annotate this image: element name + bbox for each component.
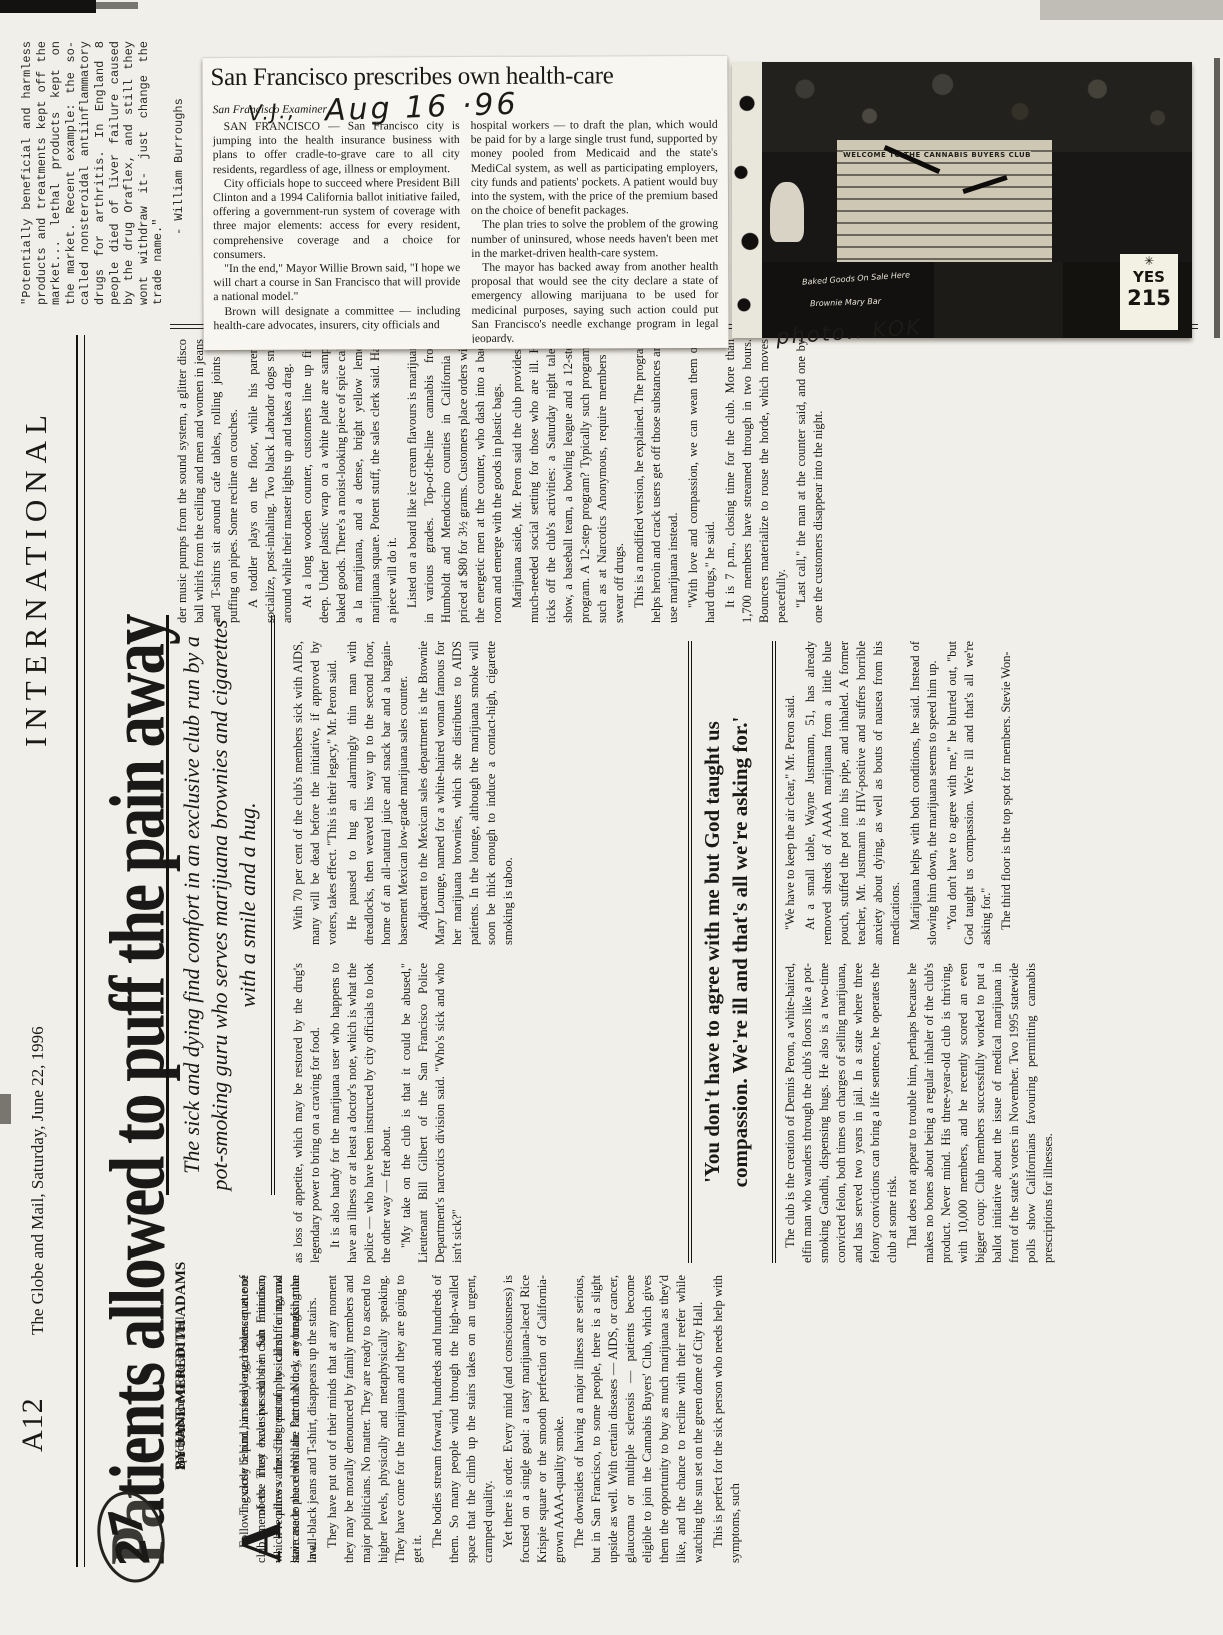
clipping-column-1: SAN FRANCISCO — San Francisco city is ju… <box>213 119 461 344</box>
paragraph: as loss of appetite, which may be restor… <box>290 963 324 1263</box>
paragraph: "We have to keep the air clear," Mr. Per… <box>782 641 799 945</box>
paragraph: The downsides of having a major illness … <box>571 1275 707 1563</box>
margin-quote-attribution: - William Burroughs <box>172 41 187 305</box>
masthead-rule <box>76 335 85 1567</box>
paragraph: "With love and compassion, we can wean t… <box>685 339 719 623</box>
paragraph: der music pumps from the sound system, a… <box>174 339 242 623</box>
photo-yes-215-sign: ✳ YES 215 <box>1120 254 1178 330</box>
paragraph: The plan tries to solve the problem of t… <box>471 217 718 261</box>
paragraph: They have put out of their minds that at… <box>324 1275 426 1563</box>
paragraph: Adjacent to the Mexican sales department… <box>415 641 517 945</box>
paragraph: At a long wooden counter, customers line… <box>299 339 401 623</box>
paragraph: He paused to hug an alarmingly thin man … <box>344 641 412 945</box>
paragraph: Listed on a board like ice cream flavour… <box>404 339 506 623</box>
scan-artifact <box>0 1094 11 1124</box>
paragraph: That does not appear to trouble him, per… <box>904 963 1057 1263</box>
photo-plant-silhouettes <box>732 62 762 338</box>
pull-quote-line-1: 'You don't have to agree with me but God… <box>698 641 726 1263</box>
paragraph: This is perfect for the sick person who … <box>710 1275 744 1563</box>
body-column-2-upper: as loss of appetite, which may be restor… <box>290 963 682 1263</box>
paragraph: It is 7 p.m., closing time for the club.… <box>722 339 790 623</box>
paragraph: Yet there is order. Every mind (and cons… <box>500 1275 568 1563</box>
subheadline: The sick and dying find comfort in an ex… <box>166 615 275 1195</box>
paragraph: Marijuana helps with both conditions, he… <box>907 641 941 945</box>
body-column-1: AT exactly 5 p.m., a steely-eyed bouncer… <box>236 1275 1078 1563</box>
handwritten-initials: V.J., <box>247 98 297 125</box>
handwritten-date: Aug 16 ·96 <box>324 87 519 129</box>
paragraph: hospital workers — to draft the plan, wh… <box>471 118 718 218</box>
sign-yes-text: YES <box>1120 268 1178 286</box>
body-column-2-lower: The club is the creation of Dennis Peron… <box>782 963 1198 1263</box>
lead-paragraph: AT exactly 5 p.m., a steely-eyed bouncer… <box>236 1275 321 1563</box>
paragraph: "You don't have to agree with me," he bl… <box>944 641 995 945</box>
pull-quote-line-2: compassion. We're ill and that's all we'… <box>726 641 754 1263</box>
page-number: A12 <box>16 1397 50 1452</box>
paragraph: City officials hope to succeed where Pre… <box>213 176 460 262</box>
body-column-3-lower: "We have to keep the air clear," Mr. Per… <box>782 641 1198 945</box>
sign-215-text: 215 <box>1120 286 1178 310</box>
photo-cannabis-club: WELCOME TO THE CANNABIS BUYERS CLUB Bake… <box>732 62 1192 338</box>
margin-quote: "Potentially beneficial and harmless pro… <box>20 41 187 305</box>
leaf-icon: ✳ <box>1120 254 1178 268</box>
paragraph: Brown will designate a committee — inclu… <box>213 304 460 333</box>
newspaper-scan: A12 The Globe and Mail, Saturday, June 2… <box>0 0 1223 1635</box>
paragraph: "In the end," Mayor Willie Brown said, "… <box>213 261 460 305</box>
paragraph: The mayor has backed away from another h… <box>471 260 718 343</box>
photo-lamp-shape <box>770 182 804 242</box>
paragraph: "My take on the club is that it could be… <box>398 963 466 1263</box>
paragraph: The bodies stream forward, hundreds and … <box>429 1275 497 1563</box>
main-headline: Patients allowed to puff the pain away <box>92 325 165 1565</box>
scan-artifact <box>1214 58 1220 338</box>
drop-cap: A <box>236 1515 284 1563</box>
scan-artifact <box>96 2 138 9</box>
masthead-date: The Globe and Mail, Saturday, June 22, 1… <box>28 1026 48 1335</box>
paragraph: "Last call," the man at the counter said… <box>793 339 827 623</box>
paragraph: A toddler plays on the floor, while his … <box>245 339 296 623</box>
section-label: INTERNATIONAL <box>18 408 54 747</box>
photo-board-title: WELCOME TO THE CANNABIS BUYERS CLUB <box>843 151 1031 159</box>
paragraph: The club is the creation of Dennis Peron… <box>782 963 901 1263</box>
photo-foliage-area <box>762 62 1192 152</box>
paragraph: With 70 per cent of the club's members s… <box>290 641 341 945</box>
paragraph: At a small table, Wayne Justmann, 51, ha… <box>802 641 904 945</box>
margin-quote-text: "Potentially beneficial and harmless pro… <box>20 41 165 305</box>
clipping-column-2: hospital workers — to draft the plan, wh… <box>471 118 719 343</box>
photo-menu-board: WELCOME TO THE CANNABIS BUYERS CLUB <box>837 140 1052 268</box>
paragraph: Marijuana aside, Mr. Peron said the club… <box>509 339 628 623</box>
paragraph: This is a modified version, he explained… <box>631 339 682 623</box>
body-column-4: der music pumps from the sound system, a… <box>174 339 1166 623</box>
paragraph: It is also handy for the marijuana user … <box>327 963 395 1263</box>
body-column-3-upper: With 70 per cent of the club's members s… <box>290 641 682 945</box>
scan-artifact <box>0 0 96 13</box>
scan-artifact <box>1040 0 1223 20</box>
paragraph: The third floor is the top spot for memb… <box>998 641 1015 945</box>
byline-location: San Francisco <box>172 1400 188 1470</box>
pull-quote: 'You don't have to agree with me but God… <box>688 641 776 1263</box>
